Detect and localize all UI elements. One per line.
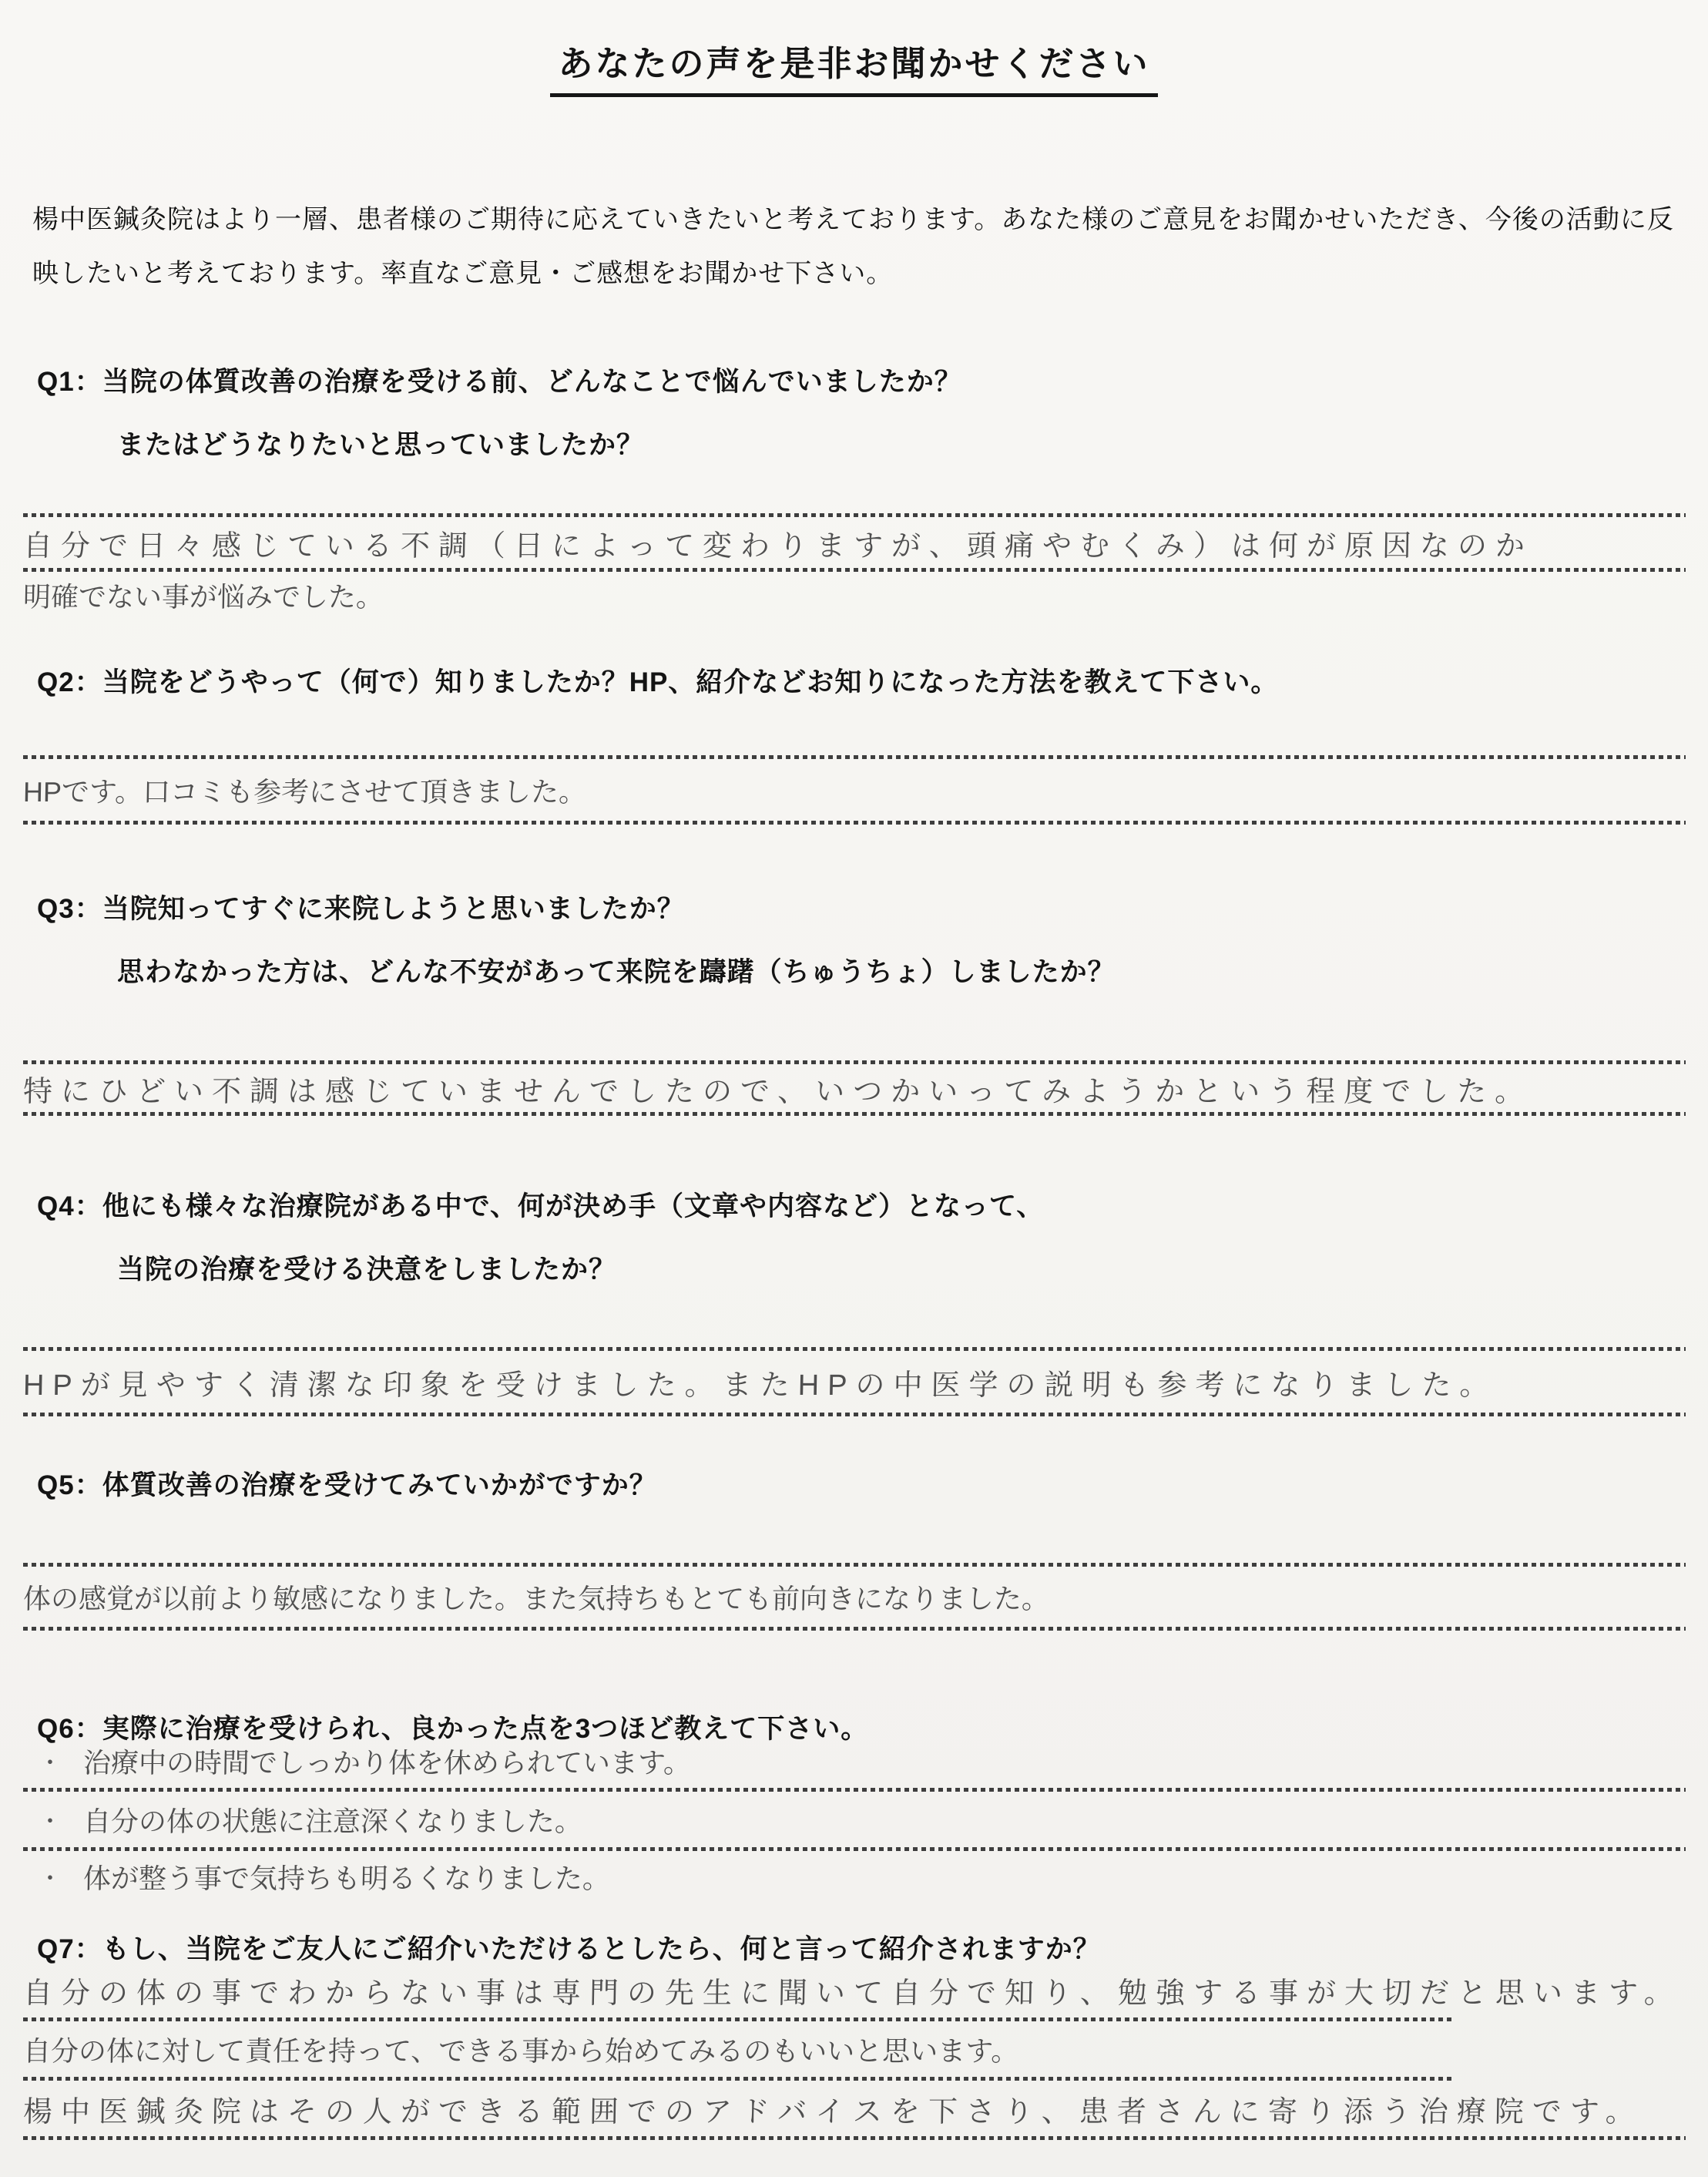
handwritten-answer: 自分の体の状態に注意深くなりました。 xyxy=(83,1800,583,1839)
answer-row: HPが見やすく清潔な印象を受けました。またHPの中医学の説明も参考になりました。 xyxy=(23,1351,1686,1413)
handwritten-answer: 楊中医鍼灸院はその人ができる範囲でのアドバイスを下さり、患者さんに寄り添う治療院… xyxy=(23,2088,1644,2130)
handwritten-answer: 体が整う事で気持ちも明るくなりました。 xyxy=(83,1857,611,1896)
answer-area-q2: HPです。口コミも参考にさせて頂きました。 xyxy=(23,755,1686,825)
handwritten-answer: 明確でない事が悩みでした。 xyxy=(23,576,384,615)
handwritten-answer: 治療中の時間でしっかり体を休められています。 xyxy=(83,1742,692,1781)
answer-area-q4: HPが見やすく清潔な印象を受けました。またHPの中医学の説明も参考になりました。 xyxy=(23,1347,1686,1416)
question-q2: Q2：当院をどうやって（何で）知りましたか？HP、紹介などお知りになった方法を教… xyxy=(37,661,1278,700)
dotted-rule xyxy=(23,821,1686,825)
handwritten-answer: HPです。口コミも参考にさせて頂きました。 xyxy=(23,771,587,810)
question-label: Q2：当院をどうやって（何で）知りましたか？HP、紹介などお知りになった方法を教… xyxy=(37,661,1278,700)
question-label: Q3：当院知ってすぐに来院しようと思いましたか？ xyxy=(37,888,1116,926)
bullet-answer-row: ・ 体が整う事で気持ちも明るくなりました。 xyxy=(23,1851,1686,1902)
handwritten-answer: 特にひどい不調は感じていませんでしたので、いつかいってみようかという程度でした。 xyxy=(23,1067,1533,1110)
question-q7: Q7：もし、当院をご友人にご紹介いただけるとしたら、何と言って紹介されますか？ xyxy=(37,1928,1101,1967)
answer-row: 明確でない事が悩みでした。 xyxy=(23,572,1686,618)
page-title: あなたの声を是非お聞かせください xyxy=(550,35,1157,97)
answer-area-q3: 特にひどい不調は感じていませんでしたので、いつかいってみようかという程度でした。 xyxy=(23,1060,1686,1116)
answer-row: 楊中医鍼灸院はその人ができる範囲でのアドバイスを下さり、患者さんに寄り添う治療院… xyxy=(23,2081,1686,2136)
question-label-line2: 当院の治療を受ける決意をしましたか？ xyxy=(37,1248,1044,1287)
question-label-line2: 思わなかった方は、どんな不安があって来院を躊躇（ちゅうちょ）しましたか？ xyxy=(37,951,1116,989)
dotted-rule xyxy=(23,1112,1686,1116)
question-label-line2: またはどうなりたいと思っていましたか？ xyxy=(37,424,962,462)
bullet-answer-row: ・ 自分の体の状態に注意深くなりました。 xyxy=(23,1792,1686,1847)
answer-row: 自分で日々感じている不調（日によって変わりますが、頭痛やむくみ）は何が原因なのか xyxy=(23,517,1686,568)
question-label: Q7：もし、当院をご友人にご紹介いただけるとしたら、何と言って紹介されますか？ xyxy=(37,1928,1101,1967)
intro-paragraph: 楊中医鍼灸院はより一層、患者様のご期待に応えていきたいと考えております。あなた様… xyxy=(32,193,1683,301)
bullet-marker: ・ xyxy=(23,1802,83,1836)
answer-row: 自分の体に対して責任を持って、できる事から始めてみるのもいいと思います。 xyxy=(23,2021,1686,2077)
question-label: Q4：他にも様々な治療院がある中で、何が決め手（文章や内容など）となって、 xyxy=(37,1185,1044,1224)
answer-area-q7: 自分の体の事でわからない事は専門の先生に聞いて自分で知り、勉強する事が大切だと思… xyxy=(23,1962,1686,2140)
answer-area-q5: 体の感覚が以前より敏感になりました。また気持ちもとても前向きになりました。 xyxy=(23,1563,1686,1631)
question-q1: Q1：当院の体質改善の治療を受ける前、どんなことで悩んでいましたか？ またはどう… xyxy=(37,361,962,462)
question-label: Q1：当院の体質改善の治療を受ける前、どんなことで悩んでいましたか？ xyxy=(37,361,962,399)
answer-area-q1: 自分で日々感じている不調（日によって変わりますが、頭痛やむくみ）は何が原因なのか… xyxy=(23,513,1686,618)
question-q3: Q3：当院知ってすぐに来院しようと思いましたか？ 思わなかった方は、どんな不安が… xyxy=(37,888,1116,989)
dotted-rule xyxy=(23,2136,1686,2140)
answer-area-q6: ・ 治療中の時間でしっかり体を休められています。 ・ 自分の体の状態に注意深くな… xyxy=(23,1734,1686,1902)
handwritten-answer: 体の感覚が以前より敏感になりました。また気持ちもとても前向きになりました。 xyxy=(23,1577,1050,1617)
question-q4: Q4：他にも様々な治療院がある中で、何が決め手（文章や内容など）となって、 当院… xyxy=(37,1185,1044,1287)
answer-row: 特にひどい不調は感じていませんでしたので、いつかいってみようかという程度でした。 xyxy=(23,1064,1686,1112)
bullet-answer-row: ・ 治療中の時間でしっかり体を休められています。 xyxy=(23,1734,1686,1788)
dotted-rule xyxy=(23,1627,1686,1631)
answer-row: 体の感覚が以前より敏感になりました。また気持ちもとても前向きになりました。 xyxy=(23,1567,1686,1627)
handwritten-answer: 自分で日々感じている不調（日によって変わりますが、頭痛やむくみ）は何が原因なのか xyxy=(23,522,1534,564)
handwritten-answer: 自分の体に対して責任を持って、できる事から始めてみるのもいいと思います。 xyxy=(23,2030,1019,2069)
question-q5: Q5：体質改善の治療を受けてみていかがですか？ xyxy=(37,1464,657,1503)
answer-row: HPです。口コミも参考にさせて頂きました。 xyxy=(23,759,1686,821)
answer-row: 自分の体の事でわからない事は専門の先生に聞いて自分で知り、勉強する事が大切だと思… xyxy=(23,1962,1686,2017)
bullet-marker: ・ xyxy=(23,1744,83,1778)
dotted-rule xyxy=(23,1413,1686,1416)
handwritten-answer: 自分の体の事でわからない事は専門の先生に聞いて自分で知り、勉強する事が大切だと思… xyxy=(23,1969,1683,2011)
question-label: Q5：体質改善の治療を受けてみていかがですか？ xyxy=(37,1464,657,1503)
title-wrap: あなたの声を是非お聞かせください xyxy=(0,35,1708,97)
scanned-questionnaire-page: あなたの声を是非お聞かせください 楊中医鍼灸院はより一層、患者様のご期待に応えて… xyxy=(0,0,1708,2177)
bullet-marker: ・ xyxy=(23,1860,83,1893)
handwritten-answer: HPが見やすく清潔な印象を受けました。またHPの中医学の説明も参考になりました。 xyxy=(23,1361,1498,1403)
